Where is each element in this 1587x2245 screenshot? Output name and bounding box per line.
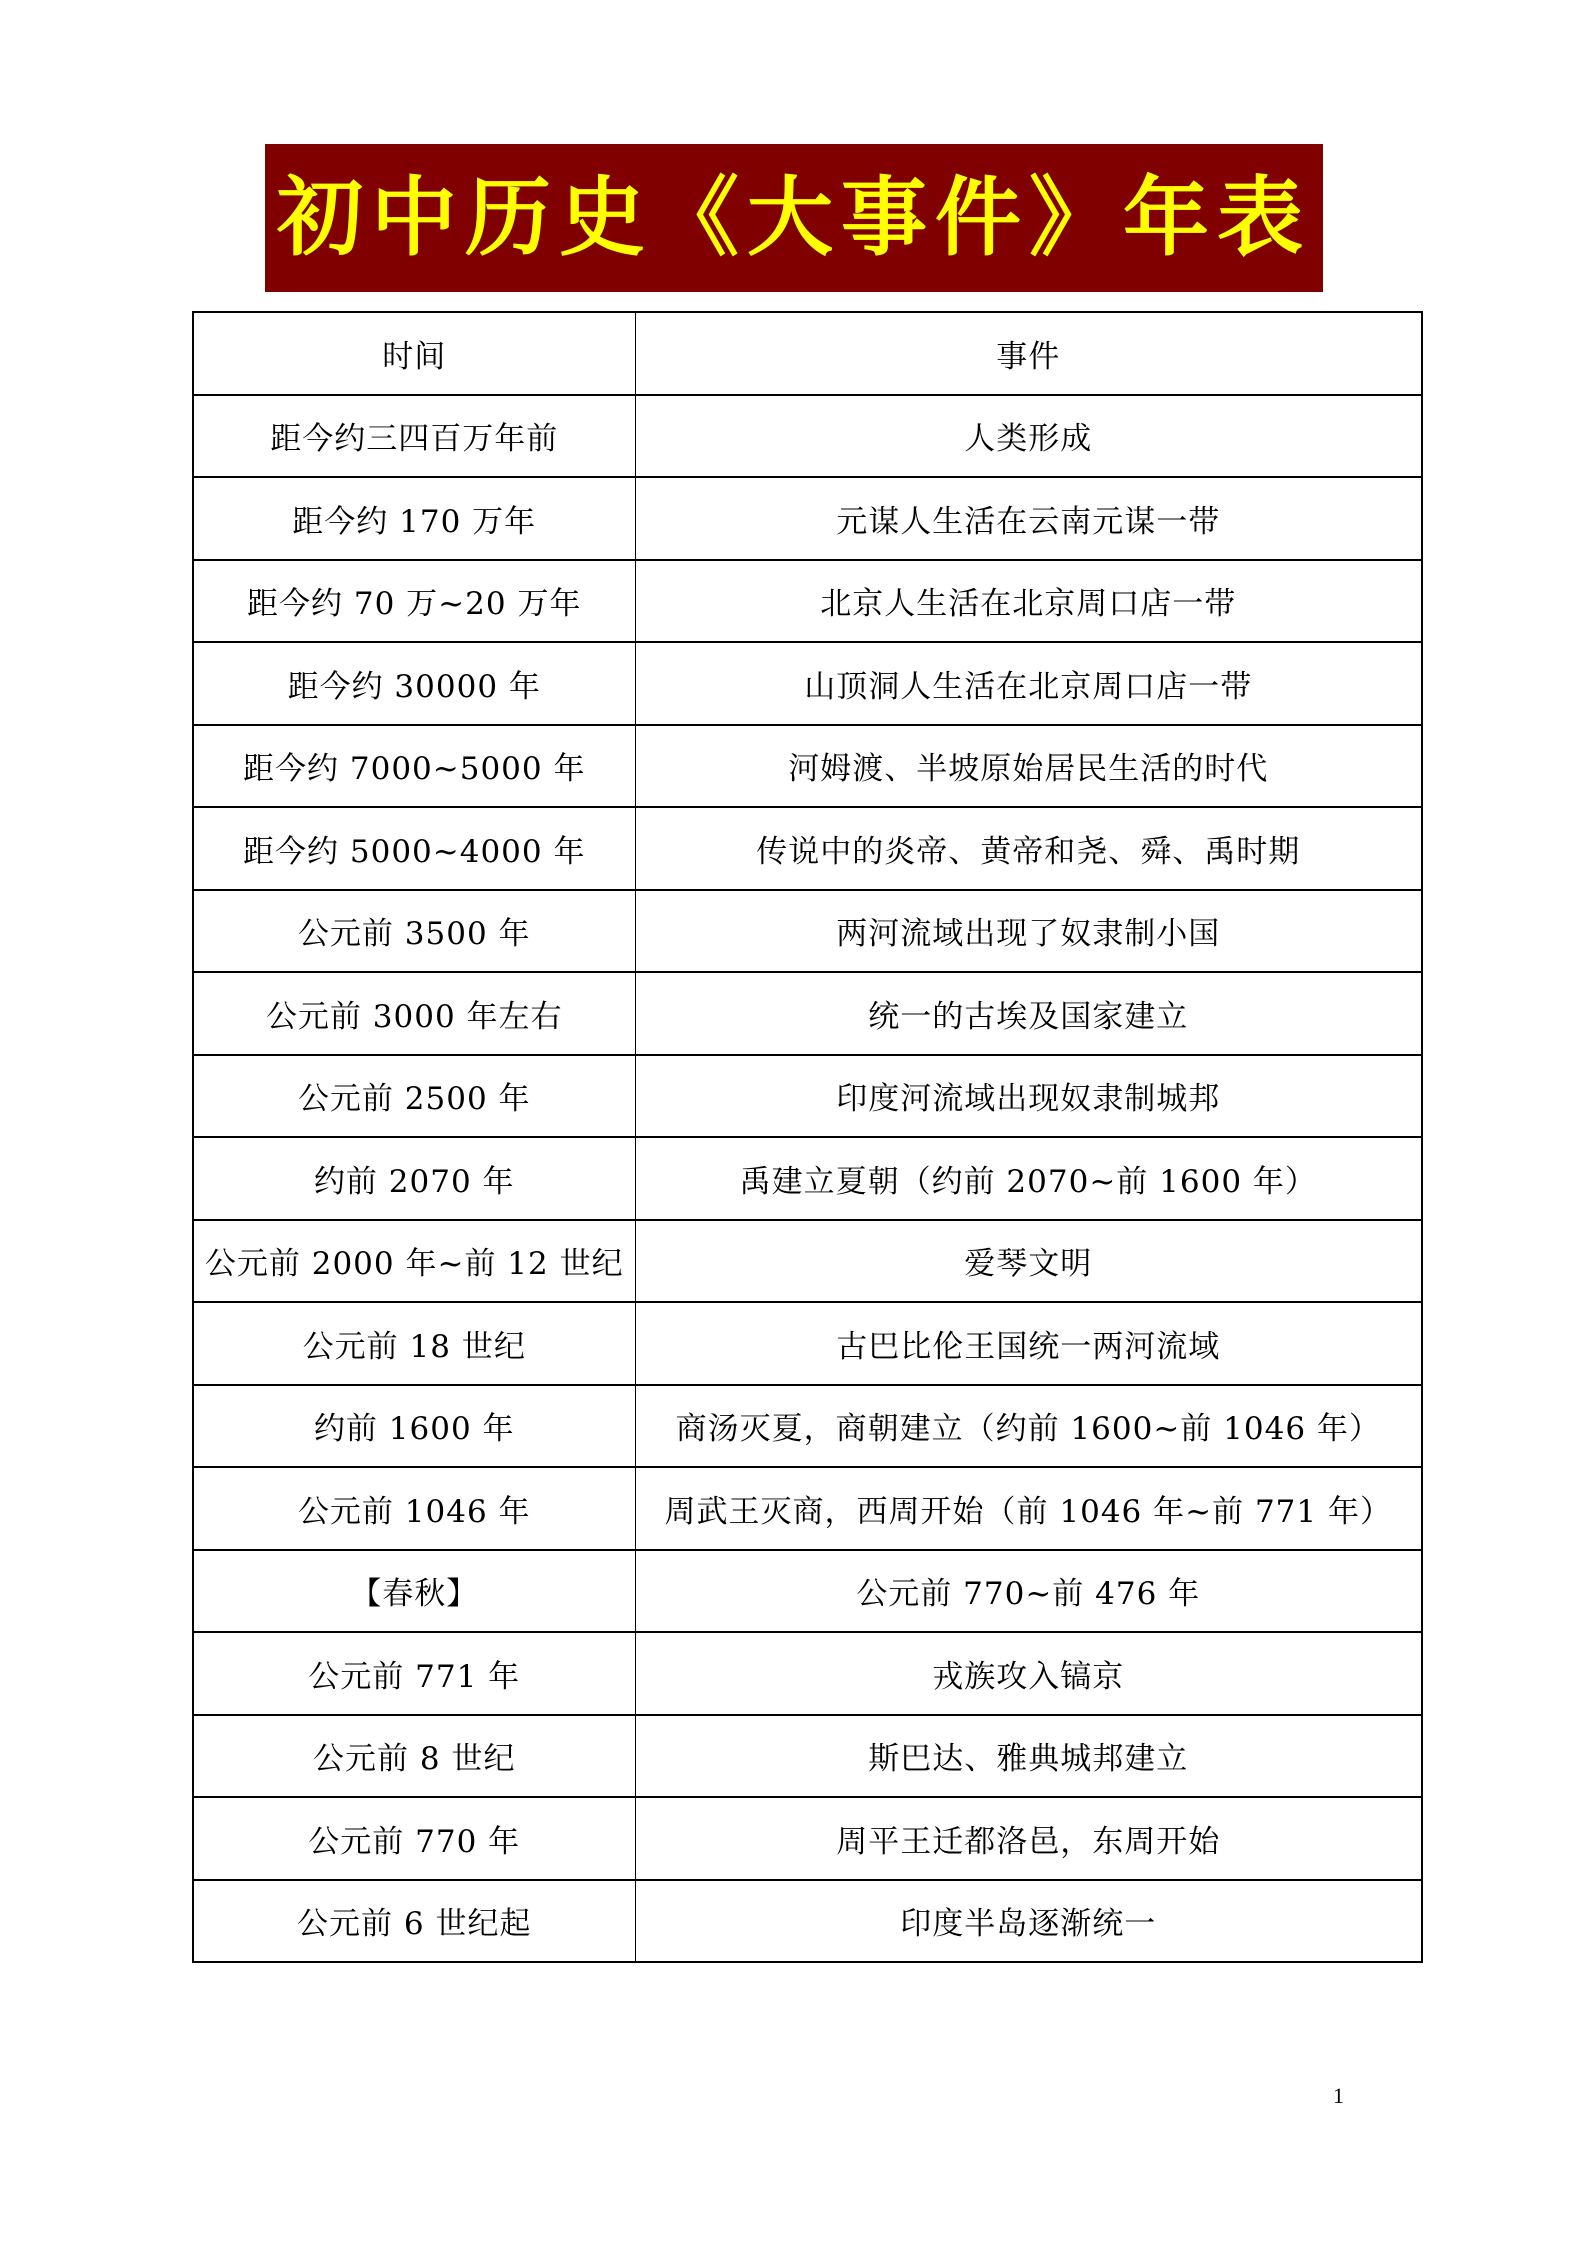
time-cell: 公元前 3000 年左右 (193, 972, 635, 1055)
event-cell: 人类形成 (635, 395, 1422, 478)
time-cell: 公元前 2000 年~前 12 世纪 (193, 1220, 635, 1303)
table-row: 距今约三四百万年前 人类形成 (193, 395, 1422, 478)
time-cell: 距今约 5000~4000 年 (193, 807, 635, 890)
time-cell: 距今约 170 万年 (193, 477, 635, 560)
event-cell: 元谋人生活在云南元谋一带 (635, 477, 1422, 560)
event-cell: 古巴比伦王国统一两河流域 (635, 1302, 1422, 1385)
table-header-row: 时间 事件 (193, 312, 1422, 395)
event-cell: 公元前 770~前 476 年 (635, 1550, 1422, 1633)
table-row: 公元前 8 世纪 斯巴达、雅典城邦建立 (193, 1715, 1422, 1798)
header-event: 事件 (635, 312, 1422, 395)
table-row: 公元前 770 年 周平王迁都洛邑，东周开始 (193, 1797, 1422, 1880)
table-row: 约前 1600 年 商汤灭夏，商朝建立（约前 1600~前 1046 年） (193, 1385, 1422, 1468)
time-cell: 约前 2070 年 (193, 1137, 635, 1220)
table-row: 距今约 5000~4000 年 传说中的炎帝、黄帝和尧、舜、禹时期 (193, 807, 1422, 890)
event-cell: 禹建立夏朝（约前 2070~前 1600 年） (635, 1137, 1422, 1220)
events-timeline-table: 时间 事件 距今约三四百万年前 人类形成 距今约 170 万年 元谋人生活在云南… (192, 311, 1423, 1963)
time-cell: 公元前 3500 年 (193, 890, 635, 973)
table-row: 公元前 1046 年 周武王灭商，西周开始（前 1046 年~前 771 年） (193, 1467, 1422, 1550)
table-row: 公元前 2500 年 印度河流域出现奴隶制城邦 (193, 1055, 1422, 1138)
time-cell: 公元前 770 年 (193, 1797, 635, 1880)
title-banner: 初中历史《大事件》年表 (265, 144, 1323, 292)
time-cell: 约前 1600 年 (193, 1385, 635, 1468)
time-cell: 公元前 18 世纪 (193, 1302, 635, 1385)
table-row: 公元前 2000 年~前 12 世纪 爱琴文明 (193, 1220, 1422, 1303)
event-cell: 两河流域出现了奴隶制小国 (635, 890, 1422, 973)
event-cell: 商汤灭夏，商朝建立（约前 1600~前 1046 年） (635, 1385, 1422, 1468)
table-row: 距今约 170 万年 元谋人生活在云南元谋一带 (193, 477, 1422, 560)
table-row: 距今约 30000 年 山顶洞人生活在北京周口店一带 (193, 642, 1422, 725)
event-cell: 传说中的炎帝、黄帝和尧、舜、禹时期 (635, 807, 1422, 890)
event-cell: 河姆渡、半坡原始居民生活的时代 (635, 725, 1422, 808)
time-cell: 距今约三四百万年前 (193, 395, 635, 478)
event-cell: 印度半岛逐渐统一 (635, 1880, 1422, 1963)
table-row: 约前 2070 年 禹建立夏朝（约前 2070~前 1600 年） (193, 1137, 1422, 1220)
header-time: 时间 (193, 312, 635, 395)
time-cell: 【春秋】 (193, 1550, 635, 1633)
event-cell: 印度河流域出现奴隶制城邦 (635, 1055, 1422, 1138)
event-cell: 爱琴文明 (635, 1220, 1422, 1303)
time-cell: 公元前 2500 年 (193, 1055, 635, 1138)
time-cell: 距今约 7000~5000 年 (193, 725, 635, 808)
event-cell: 山顶洞人生活在北京周口店一带 (635, 642, 1422, 725)
page-number: 1 (1333, 2083, 1344, 2109)
table-row: 公元前 3000 年左右 统一的古埃及国家建立 (193, 972, 1422, 1055)
time-cell: 距今约 70 万~20 万年 (193, 560, 635, 643)
time-cell: 公元前 771 年 (193, 1632, 635, 1715)
table-row: 公元前 6 世纪起 印度半岛逐渐统一 (193, 1880, 1422, 1963)
table-row: 公元前 3500 年 两河流域出现了奴隶制小国 (193, 890, 1422, 973)
table-row: 距今约 7000~5000 年 河姆渡、半坡原始居民生活的时代 (193, 725, 1422, 808)
time-cell: 距今约 30000 年 (193, 642, 635, 725)
table-row: 【春秋】 公元前 770~前 476 年 (193, 1550, 1422, 1633)
table-row: 距今约 70 万~20 万年 北京人生活在北京周口店一带 (193, 560, 1422, 643)
time-cell: 公元前 1046 年 (193, 1467, 635, 1550)
event-cell: 周平王迁都洛邑，东周开始 (635, 1797, 1422, 1880)
event-cell: 斯巴达、雅典城邦建立 (635, 1715, 1422, 1798)
event-cell: 戎族攻入镐京 (635, 1632, 1422, 1715)
time-cell: 公元前 8 世纪 (193, 1715, 635, 1798)
page-title: 初中历史《大事件》年表 (277, 175, 1311, 261)
table-row: 公元前 771 年 戎族攻入镐京 (193, 1632, 1422, 1715)
table-row: 公元前 18 世纪 古巴比伦王国统一两河流域 (193, 1302, 1422, 1385)
event-cell: 统一的古埃及国家建立 (635, 972, 1422, 1055)
event-cell: 北京人生活在北京周口店一带 (635, 560, 1422, 643)
time-cell: 公元前 6 世纪起 (193, 1880, 635, 1963)
event-cell: 周武王灭商，西周开始（前 1046 年~前 771 年） (635, 1467, 1422, 1550)
